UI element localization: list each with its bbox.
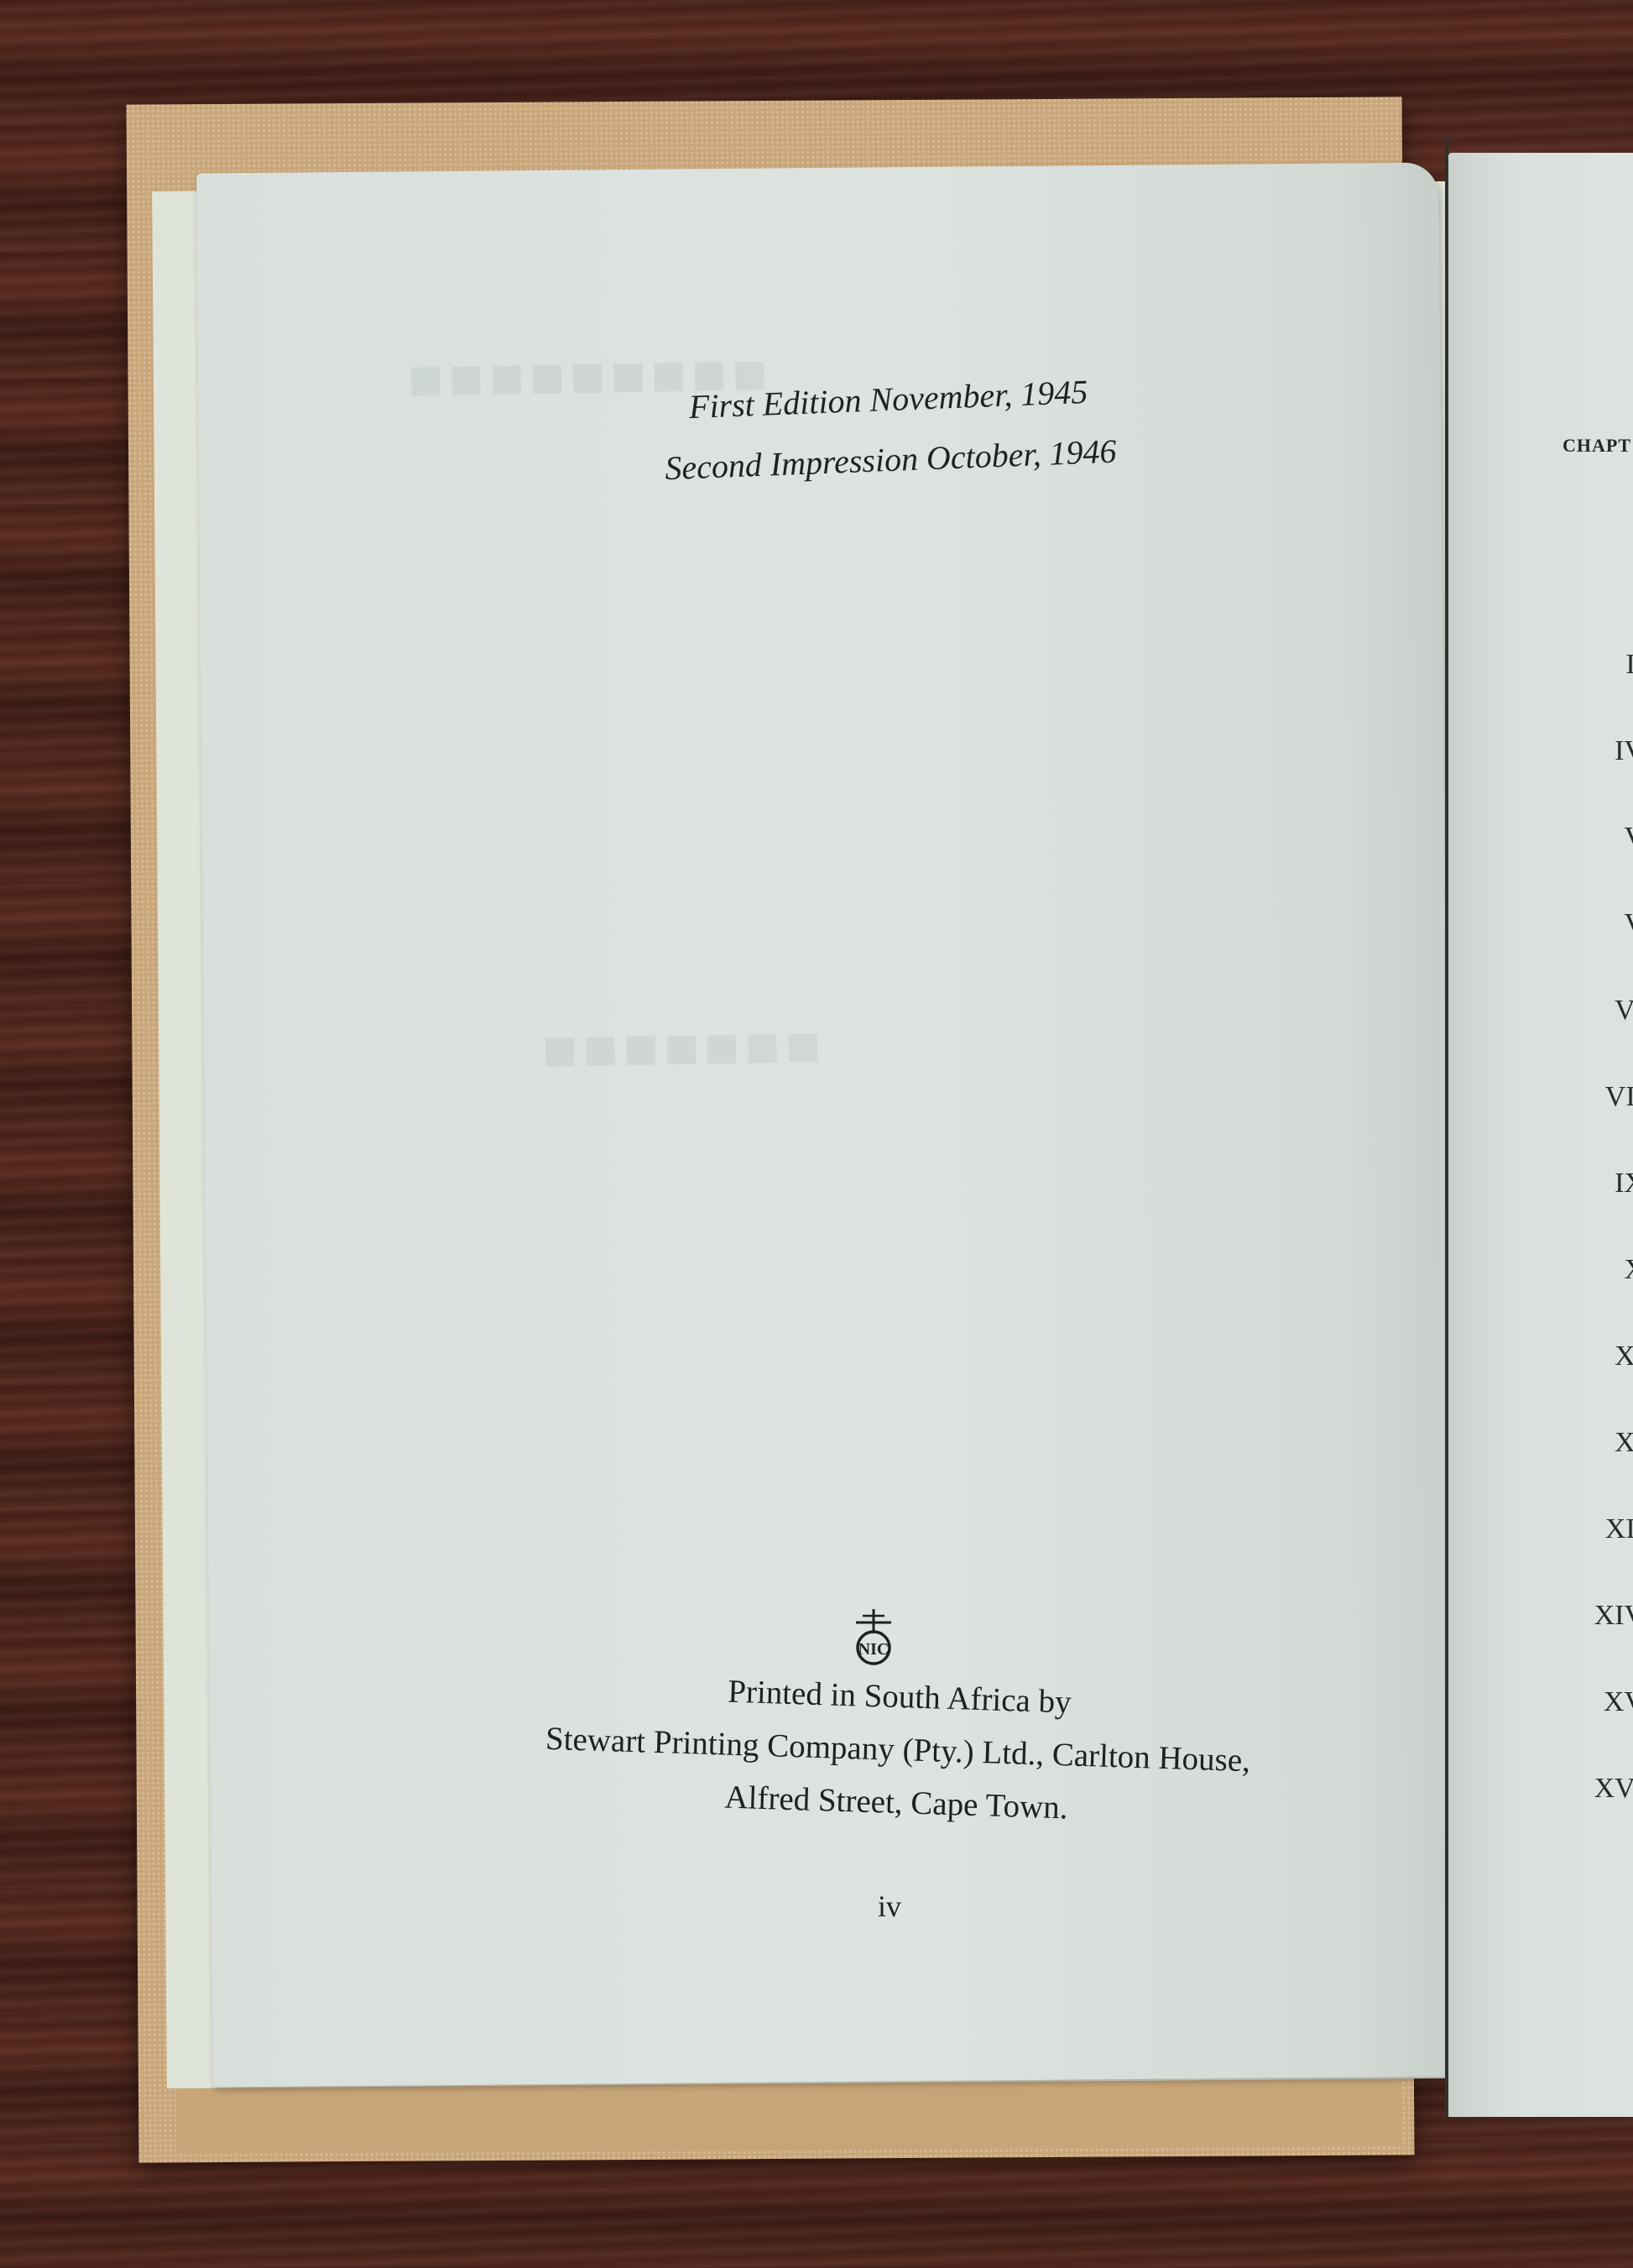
show-through-text: ■■■■■■■ [536, 1013, 821, 1085]
chapter-numeral: XIV [1552, 1600, 1633, 1686]
chapter-numeral: XII [1552, 1513, 1633, 1600]
chapter-numeral: XI [1552, 1427, 1633, 1513]
edition-history: First Edition November, 1945 Second Impr… [602, 358, 1176, 501]
chapter-numeral: IV [1552, 735, 1633, 822]
chapter-numeral: I [1552, 562, 1633, 649]
printer-credit: Printed in South Africa by Stewart Print… [451, 1656, 1344, 1842]
chapter-numeral: X [1552, 1254, 1633, 1340]
chapter-numeral: II [1552, 649, 1633, 735]
printer-monogram: NIC [858, 1640, 890, 1659]
page-number: iv [864, 1889, 915, 1924]
chapter-numeral: XV [1552, 1686, 1633, 1773]
chapter-numeral: IX [1552, 1168, 1633, 1254]
chapter-numeral: V [1552, 908, 1633, 995]
printer-device-icon: NIC [849, 1607, 898, 1668]
chapter-numeral: XVI [1552, 1773, 1633, 1859]
chapter-numeral: XI [1552, 1340, 1633, 1427]
contents-chapter-header: CHAPT [1563, 435, 1631, 457]
chapter-numeral-list: I II IV V V VI VII IX X XI XI XII XIV XV… [1552, 562, 1633, 1859]
chapter-numeral: VII [1552, 1081, 1633, 1168]
chapter-numeral: VI [1552, 995, 1633, 1081]
chapter-numeral: V [1552, 822, 1633, 908]
